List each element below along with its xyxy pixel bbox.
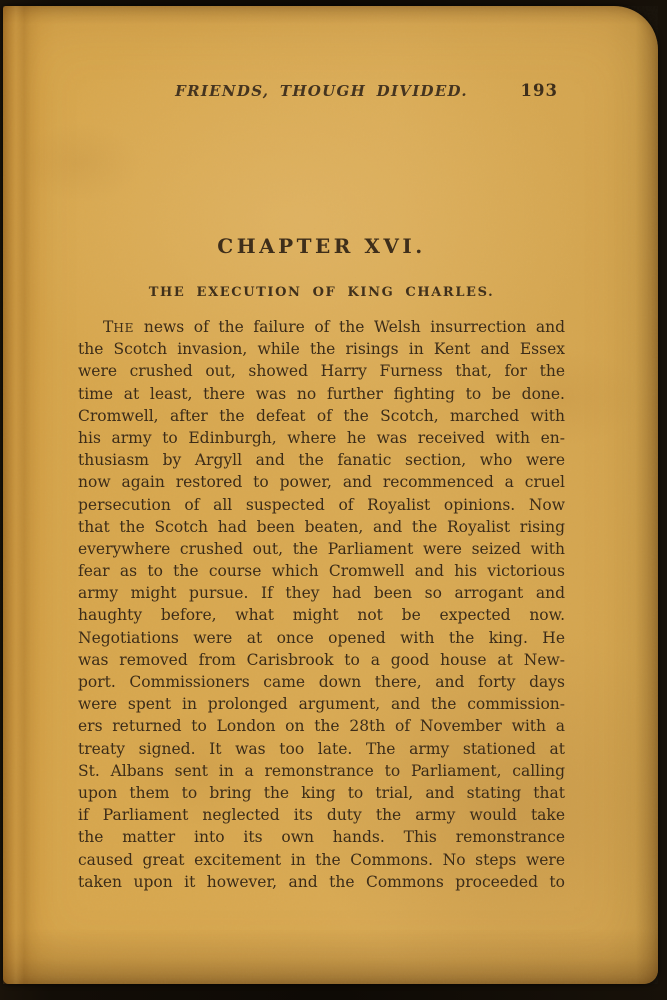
body-line: THE news of the failure of the Welsh ins… bbox=[78, 316, 565, 338]
page-edge-shadow bbox=[3, 6, 41, 984]
page-number: 193 bbox=[521, 81, 558, 100]
book-page: FRIENDS, THOUGH DIVIDED. 193 CHAPTER XVI… bbox=[3, 6, 658, 984]
body-line: treaty signed. It was too late. The army… bbox=[78, 738, 565, 760]
body-line: the matter into its own hands. This remo… bbox=[78, 826, 565, 848]
body-line: St. Albans sent in a remonstrance to Par… bbox=[78, 760, 565, 782]
body-line: were crushed out, showed Harry Furness t… bbox=[78, 360, 565, 382]
body-line: Negotiations were at once opened with th… bbox=[78, 627, 565, 649]
body-line: ers returned to London on the 28th of No… bbox=[78, 715, 565, 737]
page-content: FRIENDS, THOUGH DIVIDED. 193 CHAPTER XVI… bbox=[78, 6, 565, 984]
body-line: if Parliament neglected its duty the arm… bbox=[78, 804, 565, 826]
chapter-subtitle: THE EXECUTION OF KING CHARLES. bbox=[78, 285, 565, 300]
running-header: FRIENDS, THOUGH DIVIDED. 193 bbox=[78, 82, 565, 104]
chapter-title: CHAPTER XVI. bbox=[78, 234, 565, 258]
body-line: time at least, there was no further figh… bbox=[78, 383, 565, 405]
body-line: the Scotch invasion, while the risings i… bbox=[78, 338, 565, 360]
body-line: haughty before, what might not be expect… bbox=[78, 604, 565, 626]
scan-backdrop: FRIENDS, THOUGH DIVIDED. 193 CHAPTER XVI… bbox=[0, 0, 667, 1000]
lead-capital: T bbox=[103, 318, 113, 336]
body-line: caused great excitement in the Commons. … bbox=[78, 849, 565, 871]
body-line: upon them to bring the king to trial, an… bbox=[78, 782, 565, 804]
body-line: port. Commissioners came down there, and… bbox=[78, 671, 565, 693]
body-line: Cromwell, after the defeat of the Scotch… bbox=[78, 405, 565, 427]
body-line: now again restored to power, and recomme… bbox=[78, 471, 565, 493]
body-line: army might pursue. If they had been so a… bbox=[78, 582, 565, 604]
body-line: thusiasm by Argyll and the fanatic secti… bbox=[78, 449, 565, 471]
body-line: were spent in prolonged argument, and th… bbox=[78, 693, 565, 715]
small-caps: HE bbox=[113, 321, 134, 335]
body-line: his army to Edinburgh, where he was rece… bbox=[78, 427, 565, 449]
body-line: persecution of all suspected of Royalist… bbox=[78, 494, 565, 516]
body-line: that the Scotch had been beaten, and the… bbox=[78, 516, 565, 538]
body-line: taken upon it however, and the Commons p… bbox=[78, 871, 565, 893]
body-paragraph: THE news of the failure of the Welsh ins… bbox=[78, 316, 565, 893]
body-line: everywhere crushed out, the Parliament w… bbox=[78, 538, 565, 560]
body-line: was removed from Carisbrook to a good ho… bbox=[78, 649, 565, 671]
running-title: FRIENDS, THOUGH DIVIDED. bbox=[78, 82, 565, 100]
body-line: fear as to the course which Cromwell and… bbox=[78, 560, 565, 582]
